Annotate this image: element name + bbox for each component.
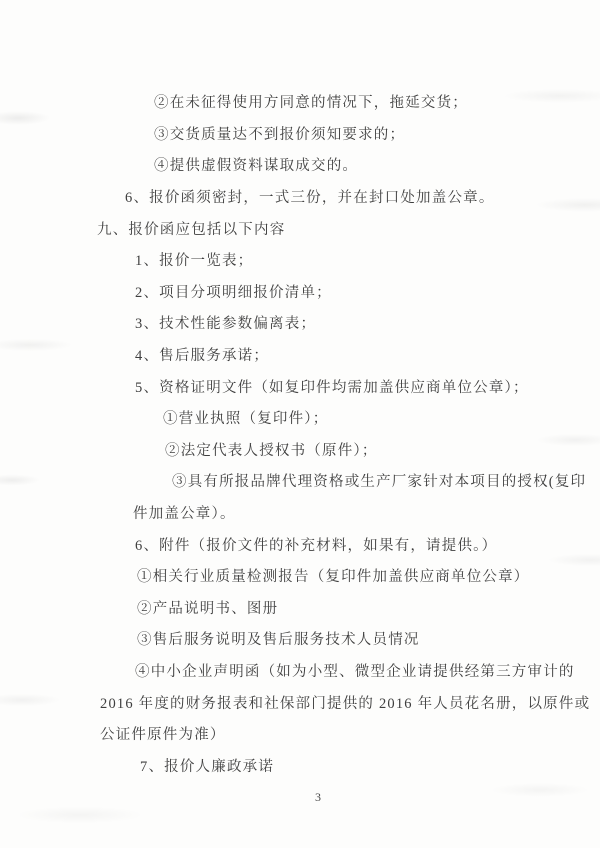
document-line: ③售后服务说明及售后服务技术人员情况: [0, 623, 600, 655]
document-line: ④提供虚假资料谋取成交的。: [0, 149, 600, 181]
document-line: 4、售后服务承诺；: [0, 339, 600, 371]
document-line: 7、报价人廉政承诺: [0, 749, 600, 781]
document-line: 1、报价一览表；: [0, 244, 600, 276]
document-line: 2016 年度的财务报表和社保部门提供的 2016 年人员花名册，以原件或: [0, 686, 600, 718]
document-line: ②在未征得使用方同意的情况下，拖延交货；: [0, 86, 600, 118]
document-body: ②在未征得使用方同意的情况下，拖延交货；③交货质量达不到报价须知要求的；④提供虚…: [0, 86, 600, 781]
document-line: ②法定代表人授权书（原件）；: [0, 434, 600, 466]
page-number: 3: [0, 790, 600, 805]
document-line: 3、技术性能参数偏离表；: [0, 307, 600, 339]
document-line: 2、项目分项明细报价清单；: [0, 276, 600, 308]
document-line: ②产品说明书、图册: [0, 592, 600, 624]
document-line: ①相关行业质量检测报告（复印件加盖供应商单位公章）: [0, 560, 600, 592]
document-lines: ②在未征得使用方同意的情况下，拖延交货；③交货质量达不到报价须知要求的；④提供虚…: [0, 86, 600, 781]
document-line: ③具有所报品牌代理资格或生产厂家针对本项目的授权(复印: [0, 465, 600, 497]
document-line: ③交货质量达不到报价须知要求的；: [0, 118, 600, 150]
document-line: 公证件原件为准）: [0, 718, 600, 750]
document-line: 6、报价函须密封，一式三份，并在封口处加盖公章。: [0, 181, 600, 213]
document-line: ①营业执照（复印件）；: [0, 402, 600, 434]
document-page: ②在未征得使用方同意的情况下，拖延交货；③交货质量达不到报价须知要求的；④提供虚…: [0, 0, 600, 848]
document-line: 件加盖公章）。: [0, 497, 600, 529]
document-line: 5、资格证明文件（如复印件均需加盖供应商单位公章）；: [0, 370, 600, 402]
document-line: 6、附件（报价文件的补充材料，如果有，请提供。）: [0, 528, 600, 560]
document-line: 九、报价函应包括以下内容: [0, 212, 600, 244]
document-line: ④中小企业声明函（如为小型、微型企业请提供经第三方审计的: [0, 655, 600, 687]
